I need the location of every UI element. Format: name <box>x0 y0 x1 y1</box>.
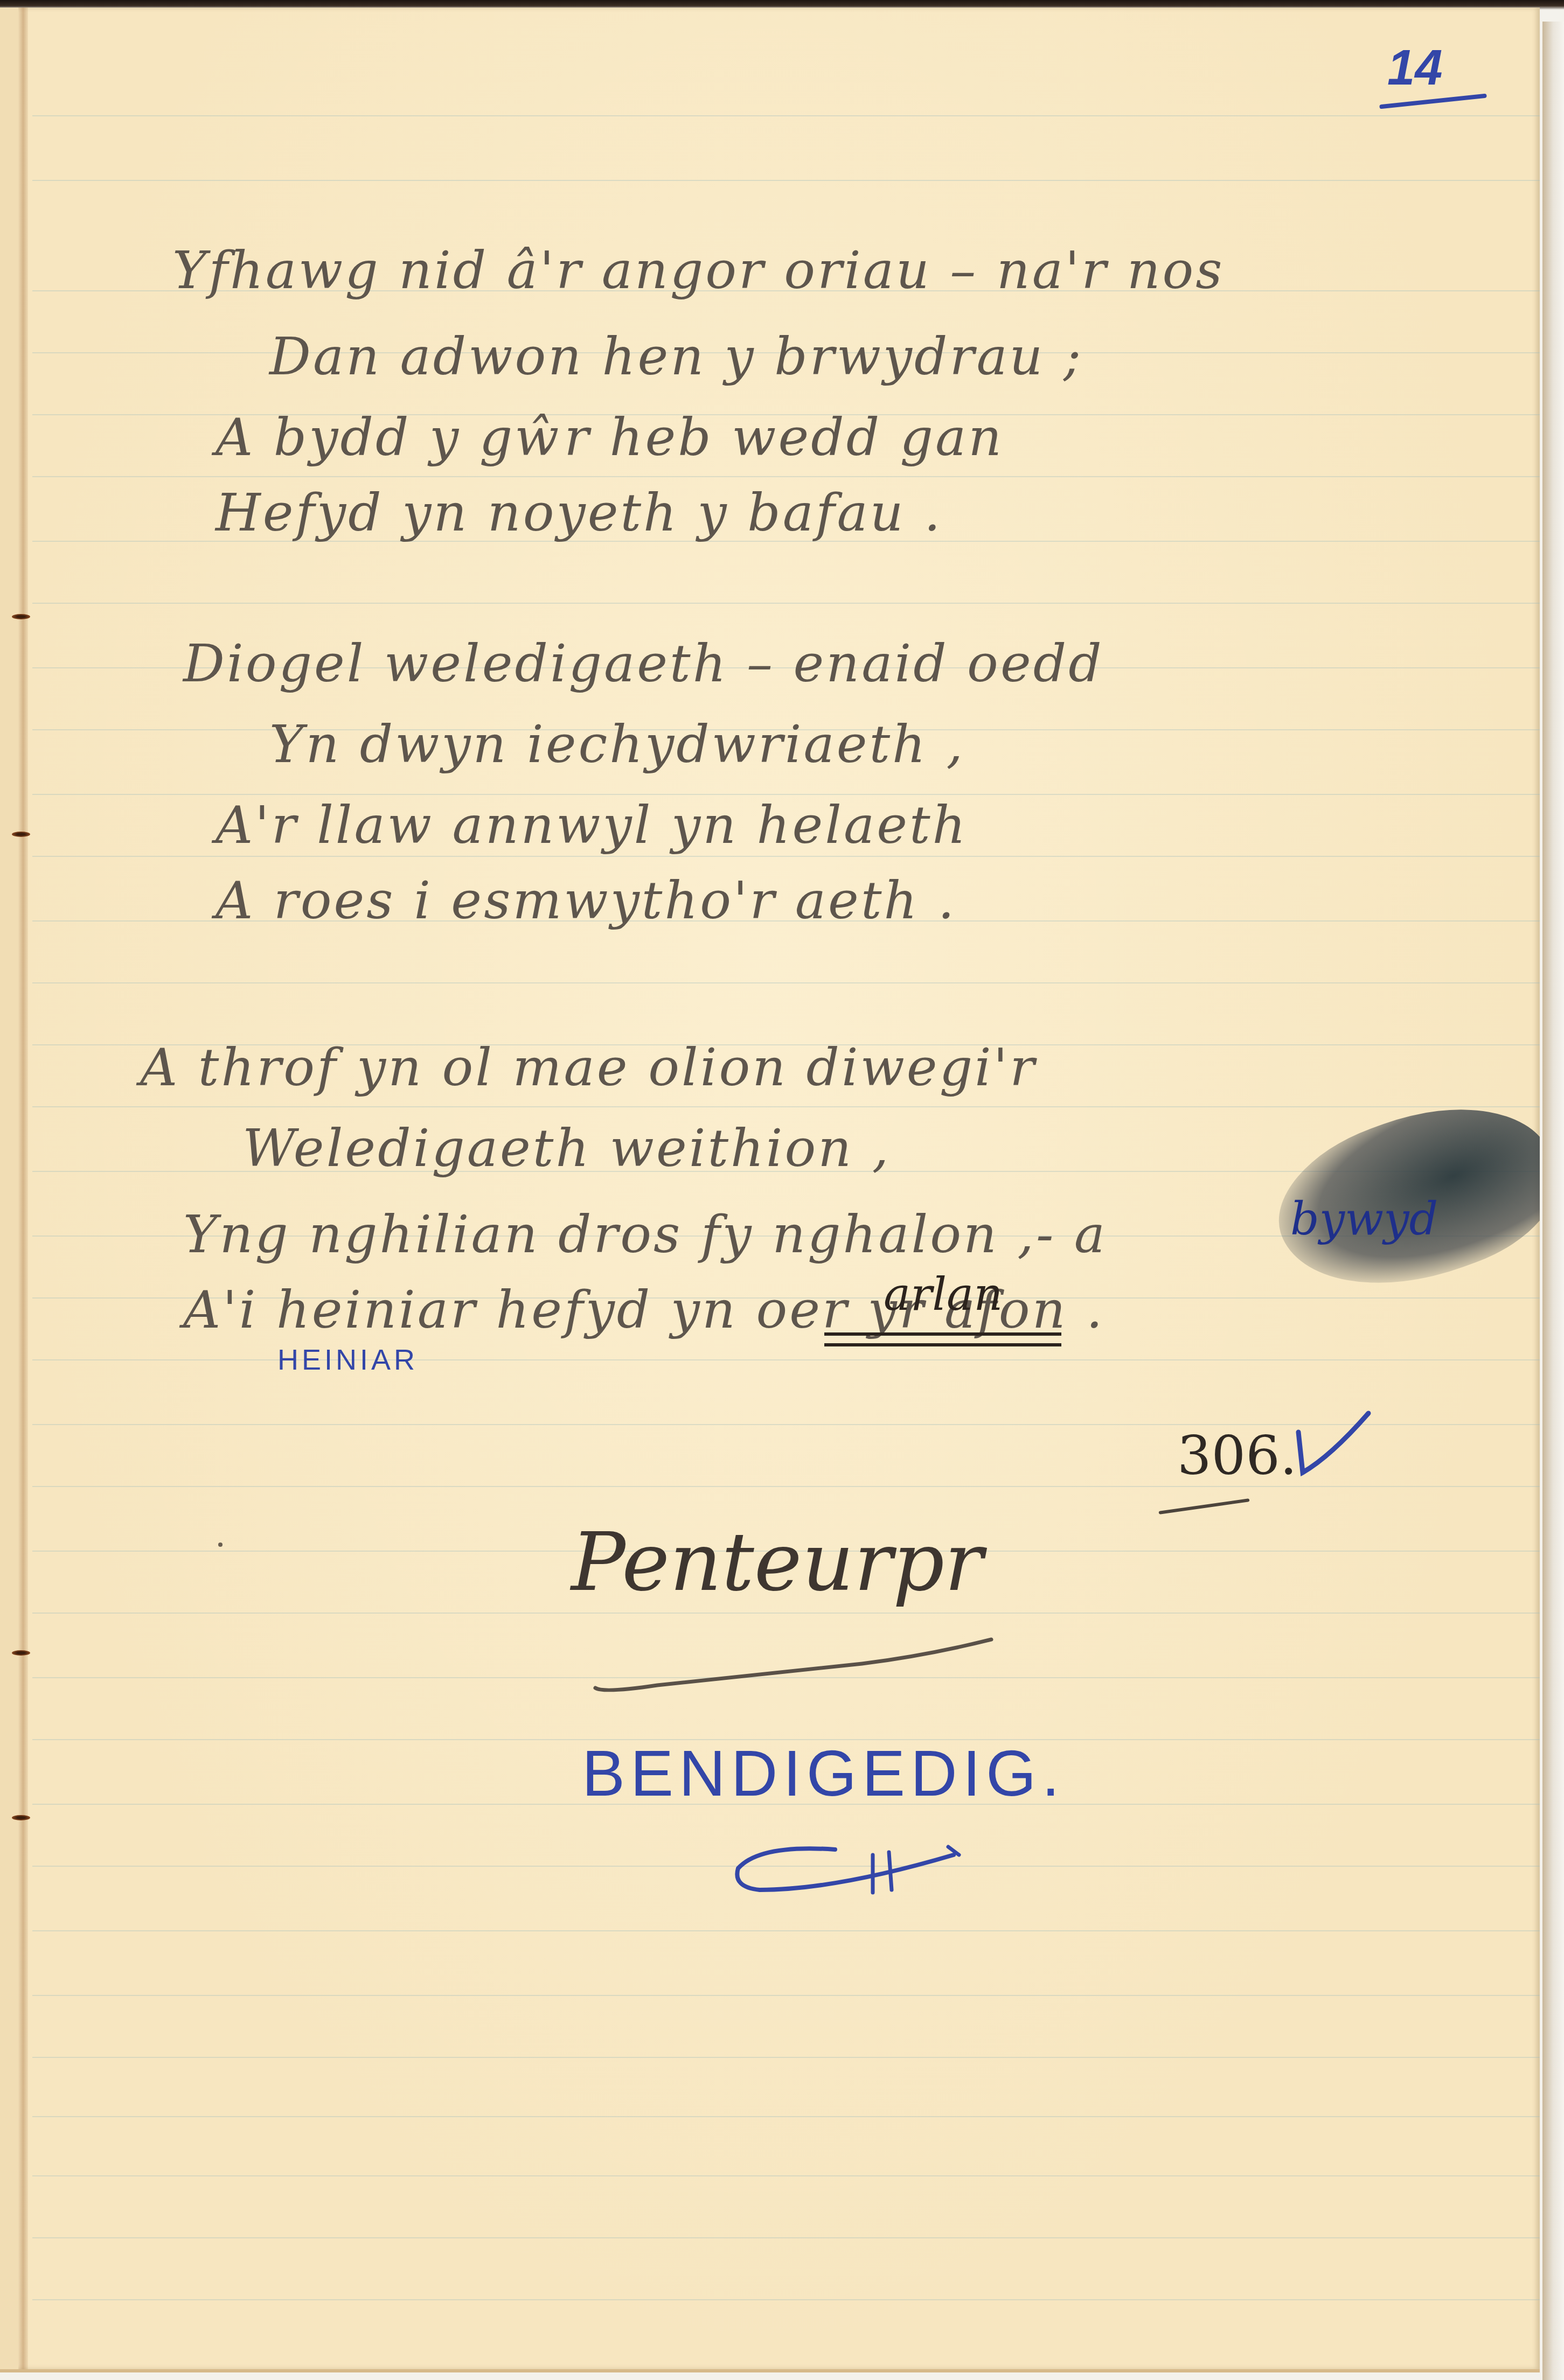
poem-line: Yng nghilian dros fy nghalon ,- a <box>183 1209 1107 1260</box>
poem-line: Yn dwyn iechydwriaeth , <box>269 718 965 770</box>
ruled-line <box>32 2299 1540 2300</box>
poem-line: A bydd y gŵr heb wedd gan <box>216 411 1004 463</box>
adjudicator-verdict: BENDIGEDIG. <box>582 1736 1065 1811</box>
page-stack-edge <box>1542 22 1564 2380</box>
ruled-line <box>32 1106 1540 1107</box>
ruled-line <box>32 856 1540 857</box>
poem-line: Diogel weledigaeth – enaid oedd <box>183 638 1104 689</box>
staple-hole <box>12 1650 30 1656</box>
staple-hole <box>12 614 30 619</box>
ruled-line <box>32 1613 1540 1614</box>
ruled-line <box>32 2175 1540 2176</box>
poem-line: Weledigaeth weithion , <box>242 1122 891 1174</box>
score-underline <box>1158 1498 1249 1514</box>
ruled-line <box>32 115 1540 116</box>
ruled-line <box>32 1359 1540 1360</box>
staple-hole <box>12 832 30 837</box>
poem-line: A throf yn ol mae olion diwegi'r <box>140 1042 1037 1093</box>
page-number: 14 <box>1387 40 1442 96</box>
poem-line: A'r llaw annwyl yn helaeth <box>216 799 968 851</box>
ruled-line <box>32 2116 1540 2117</box>
binding-crease <box>18 8 28 2369</box>
ruled-line <box>32 180 1540 181</box>
ruled-line <box>32 1486 1540 1487</box>
margin-correction: HEINIAR <box>277 1343 418 1377</box>
ruled-line <box>32 2057 1540 2058</box>
signature-underline <box>593 1634 1002 1693</box>
staple-hole <box>12 1815 30 1820</box>
checkmark-icon <box>1293 1408 1374 1478</box>
adjudicator-initials-mark <box>727 1839 975 1898</box>
ruled-line <box>32 1995 1540 1996</box>
ruled-line <box>32 2237 1540 2238</box>
poem-line: Yfhawg nid â'r angor oriau – na'r nos <box>172 245 1225 296</box>
previous-page-strip <box>0 8 18 2369</box>
strikethrough-mark <box>830 1319 1056 1341</box>
poem-line: Hefyd yn noyeth y bafau . <box>216 487 943 539</box>
inserted-word: arlan <box>884 1268 1003 1321</box>
score: 306. <box>1177 1424 1297 1487</box>
ruled-line <box>32 476 1540 477</box>
poem-line: Dan adwon hen y brwydrau ; <box>269 331 1083 382</box>
stray-ink-dot <box>218 1543 223 1547</box>
blue-correction: bywyd <box>1290 1192 1438 1245</box>
notebook-page: 14 Yfhawg nid â'r angor oriau – na'r nos… <box>0 8 1540 2372</box>
ruled-line <box>32 1930 1540 1931</box>
signature: Penteurpr <box>571 1516 983 1609</box>
ruled-line <box>32 982 1540 983</box>
poem-line: A roes i esmwytho'r aeth . <box>216 875 956 926</box>
ruled-line <box>32 603 1540 604</box>
